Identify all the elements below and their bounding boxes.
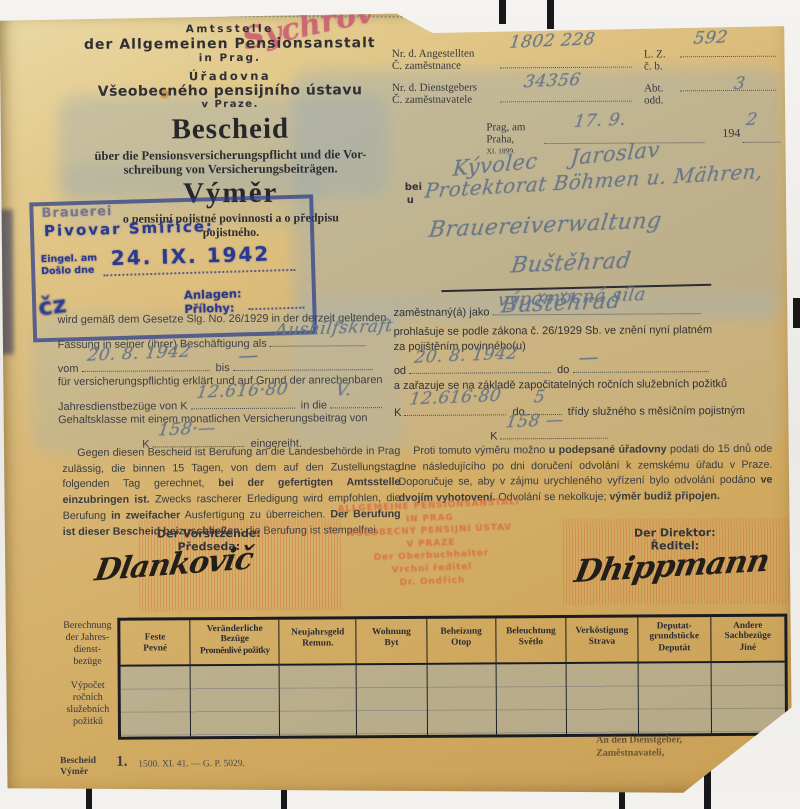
col-label-de: Beleuchtung	[506, 626, 556, 636]
document-photo: Sychrov Amtsstelle der Allgemeinen Pensi…	[0, 10, 798, 799]
table-header-cell: Deputat- grundstückeDeputát	[638, 617, 711, 663]
form-line: Jahresdienstbezüge von K12.616·80 in die…	[58, 396, 385, 413]
table-body-cell	[280, 665, 357, 735]
employee-number-line	[500, 53, 632, 69]
form-line: K12.616·80 do5 třídy služného s měsíčním…	[394, 402, 745, 419]
table-header-cell: VerköstigungStrava	[566, 618, 638, 664]
form-line: od20. 8. 1942 do—	[394, 360, 712, 377]
handwritten-value: V.	[335, 380, 354, 401]
footer-number: 1.	[116, 754, 127, 771]
calculation-table: FestePevné Veränderliche BezügeProměnliv…	[117, 614, 788, 740]
office-name-de-line3: in Prag.	[30, 51, 430, 65]
form-blank: —	[233, 358, 373, 371]
form-blank: výpomocná síla	[492, 302, 700, 315]
footer-doc-type: Bescheid Výměr	[60, 756, 96, 778]
office-name-de-line2: der Allgemeinen Pensionsanstalt	[30, 35, 430, 53]
form-blank: V.	[330, 396, 382, 408]
document-title-de: Bescheid	[30, 112, 430, 147]
form-line: prohlašuje se podle zákona č. 26/1929 Sb…	[394, 324, 713, 338]
table-body-cell	[638, 663, 711, 733]
handwritten-value: —	[237, 342, 261, 367]
col-label-de: Wohnung	[372, 627, 411, 637]
odd-label: odd.	[644, 94, 663, 106]
office-red-stamp: ALLGEMEINE PENSIONSANSTALT IN PRAG VŠEOB…	[323, 495, 538, 592]
form-label: třídy služného s měsíčním pojistným	[568, 405, 745, 418]
footer-addressee: An den Dienstgeber, Zaměstnavateli,	[596, 734, 682, 760]
chairman-label-de: Der Vorsitzende:	[149, 527, 269, 541]
date-value: 17. 9.	[573, 110, 628, 132]
handwritten-value: 20. 8. 1942	[413, 343, 519, 367]
table-body-cell	[121, 666, 192, 736]
backdrop-mark	[547, 0, 554, 29]
col-label-cs: Deputát	[639, 643, 709, 654]
stamp-date-line	[103, 251, 295, 277]
employee-number-value: 1802 228	[508, 29, 596, 52]
form-label: do	[557, 364, 569, 376]
backdrop-mark	[499, 0, 506, 24]
form-label: zaměstnaný(á) jako	[393, 306, 489, 319]
col-label-cs: Byt	[358, 638, 425, 649]
col-label-de: Verköstigung	[575, 626, 628, 636]
handwritten-value: 158·—	[157, 418, 217, 440]
employer-number-label-cs: Č. zaměstnavatele	[392, 94, 472, 106]
col-label-cs: Pevné	[121, 644, 188, 655]
col-label-de: Deputat- grundstücke	[649, 621, 699, 642]
place-label-de: Prag, am	[486, 121, 525, 133]
form-label: K	[490, 430, 497, 442]
table-row-label-de: Berechnung der Jahres- dienst- bezüge	[57, 620, 117, 668]
paragraph-segment: výměr budiž připojen.	[609, 490, 720, 503]
form-blank: 20. 8. 1942	[82, 359, 210, 372]
stamp-received-label-de: Eingel. am	[41, 253, 98, 266]
abt-label: Abt.	[644, 82, 663, 94]
handwritten-value: —	[577, 344, 601, 369]
office-name-de-line1: Amtsstelle	[30, 22, 430, 36]
bei-label: bei	[405, 182, 422, 193]
ink-smudge	[0, 209, 14, 354]
employee-number-label-cs: Č. zaměstnance	[392, 60, 461, 72]
col-label-de: Neujahrsgeld	[291, 627, 344, 637]
stamp-brewery-de: Brauerei	[41, 204, 112, 221]
form-label: Jahresdienstbezüge von K	[58, 400, 188, 413]
form-blank: 12.616·80	[404, 403, 506, 416]
handwritten-value: 5	[532, 387, 546, 407]
form-blank: 158 —	[500, 427, 608, 440]
table-row-label-cs: Výpočet ročních služebních požitků	[58, 680, 118, 728]
reference-fields: Nr. d. Angestellten Č. zaměstnance 1802 …	[392, 46, 788, 48]
form-line: K158 —	[490, 427, 611, 443]
addressee-town: Buštěhrad	[510, 248, 633, 278]
form-label: bis	[216, 362, 230, 374]
col-label-de: Veränderliche Bezüge	[207, 624, 263, 645]
form-label: od	[394, 365, 406, 377]
year-prefix: 194	[722, 126, 740, 141]
form-label: K	[394, 407, 401, 419]
form-blank: Aushilfskraft	[270, 334, 366, 347]
table-body-cell	[427, 664, 496, 734]
form-line: zaměstnaný(á) jakovýpomocná síla	[393, 302, 703, 319]
table-header-cell: FestePevné	[120, 620, 191, 666]
stamp-attachments-line	[248, 295, 304, 311]
table-body-cell	[357, 665, 428, 735]
table-body-cell	[496, 664, 567, 734]
backdrop-mark	[793, 298, 800, 328]
col-label-cs: Světlo	[497, 637, 564, 648]
table-body-cell	[191, 666, 280, 737]
document-subtitle-de: über die Pensionsversicherungspflicht un…	[30, 147, 430, 178]
table-header-cell: WohnungByt	[357, 619, 428, 665]
lz-value: 592	[692, 27, 729, 48]
photo-backdrop: { "colors":{"paper":"#d6b46d","ink":"#2f…	[0, 0, 800, 809]
handwritten-value: 12.616·80	[195, 379, 289, 403]
handwritten-value: 20. 8. 1942	[86, 341, 192, 365]
col-label-de: Feste	[145, 632, 166, 642]
form-label: vom	[58, 363, 79, 375]
place-label-cs: Praha,	[486, 133, 514, 145]
director-label-de: Der Direktor:	[615, 526, 735, 540]
table-header-cell: Andere SachbezügeJiné	[711, 617, 784, 663]
year-line	[742, 128, 780, 143]
table-header-cell: BeleuchtungSvětlo	[496, 618, 567, 664]
employee-number-label-de: Nr. d. Angestellten	[392, 48, 475, 61]
abt-line	[680, 78, 776, 92]
col-label-de: Beheizung	[440, 626, 481, 636]
table-body-cell	[711, 663, 784, 733]
table-row-label: Berechnung der Jahres- dienst- bezüge Vý…	[57, 620, 118, 728]
handwritten-value: 12.616·80	[409, 386, 503, 410]
col-label-cs: Strava	[568, 637, 637, 648]
form-blank: 20. 8. 1942	[409, 361, 551, 374]
table-header-cell: NeujahrsgeldRemun.	[280, 619, 357, 665]
paragraph-segment: u podepsané úřadovny	[549, 443, 667, 456]
cb-label: č. b.	[644, 60, 663, 72]
paragraph-segment: Proti tomuto výměru možno	[413, 444, 549, 457]
footer-print-info: 1500. XI. 41. — G. P. 5029.	[138, 759, 245, 770]
employer-number-value: 34356	[523, 70, 583, 92]
letterhead: Amtsstelle der Allgemeinen Pensionsansta…	[30, 22, 431, 111]
table-body-cell	[567, 664, 639, 734]
col-label-cs: Remun.	[281, 639, 355, 650]
lz-label: L. Z.	[644, 48, 666, 60]
col-label-cs: Otop	[428, 638, 494, 649]
stamp-brewery-cs: Pivovar Smiřice:	[44, 217, 214, 240]
form-label: in die	[301, 399, 327, 411]
employer-number-label-de: Nr. d. Dienstgebers	[392, 82, 477, 95]
table-header-cell: BeheizungOtop	[427, 618, 496, 664]
form-blank: 12.616·80	[191, 397, 295, 410]
u-label: u	[407, 195, 414, 206]
col-label-cs: Proměnlivé požitky	[192, 646, 278, 657]
col-label-de: Andere Sachbezüge	[725, 621, 772, 642]
form-blank: —	[572, 360, 708, 373]
form-line: vom20. 8. 1942 bis—	[58, 358, 376, 375]
stamp-received-label-cs: Došlo dne	[41, 265, 94, 278]
handwritten-value: 158 —	[505, 410, 565, 432]
table-header-cell: Veränderliche BezügeProměnlivé požitky	[191, 620, 280, 667]
appeal-paragraph-cs: Proti tomuto výměru možno u podepsané úř…	[398, 442, 772, 507]
col-label-cs: Jiné	[712, 642, 783, 653]
